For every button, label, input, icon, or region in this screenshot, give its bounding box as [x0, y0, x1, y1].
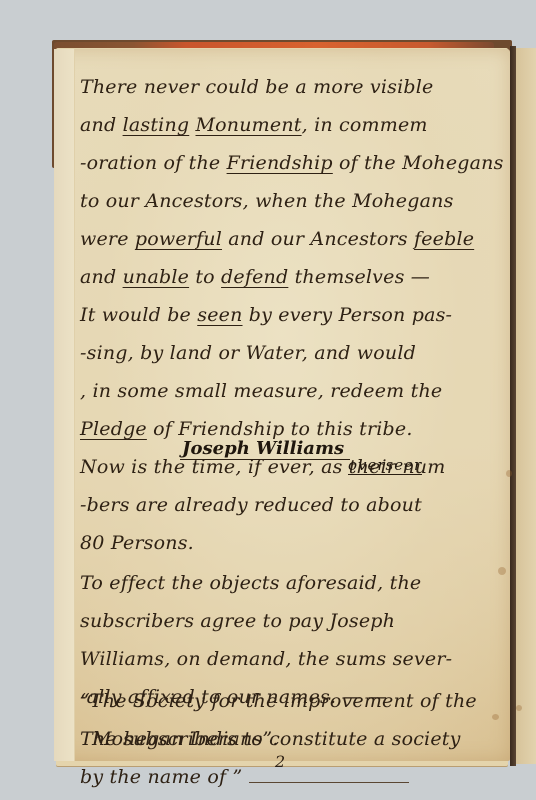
- foxing-stain: [492, 714, 499, 720]
- text-line: to our Ancestors, when the Mohegans: [80, 190, 454, 212]
- book-gutter: [510, 46, 516, 766]
- page-margin: [54, 49, 75, 761]
- text-line: were powerful and our Ancestors feeble: [80, 228, 474, 250]
- page-number: 2: [275, 752, 285, 771]
- text-line: and unable to defend themselves —: [80, 266, 430, 288]
- foxing-stain: [498, 567, 506, 575]
- text-line: , in some small measure, redeem the: [80, 380, 442, 402]
- facing-page-edge: [516, 48, 536, 764]
- foxing-stain: [506, 470, 512, 477]
- text-line: To effect the objects aforesaid, the: [80, 572, 421, 594]
- foxing-stain: [516, 705, 522, 711]
- text-line: -sing, by land or Water, and would: [80, 342, 416, 364]
- text-line: Williams, on demand, the sums sever-: [80, 648, 452, 670]
- text-line: -bers are already reduced to about: [80, 494, 422, 516]
- text-line: Pledge of Friendship to this tribe.: [80, 418, 413, 440]
- text-line: by the name of ”: [80, 766, 409, 788]
- text-line: There never could be a more visible: [80, 76, 433, 98]
- text-line: It would be seen by every Person pas-: [80, 304, 452, 326]
- text-line: subscribers agree to pay Joseph: [80, 610, 395, 632]
- text-line: Mohegan Indians”.: [92, 728, 279, 750]
- signature-name: Joseph Williams: [180, 438, 350, 460]
- text-line: “The Society for the improvement of the: [80, 690, 477, 712]
- text-line: -oration of the Friendship of the Mohega…: [80, 152, 504, 174]
- signature-title: overseer: [348, 456, 422, 475]
- text-line: and lasting Monument, in commem: [80, 114, 428, 136]
- text-line: 80 Persons.: [80, 532, 194, 554]
